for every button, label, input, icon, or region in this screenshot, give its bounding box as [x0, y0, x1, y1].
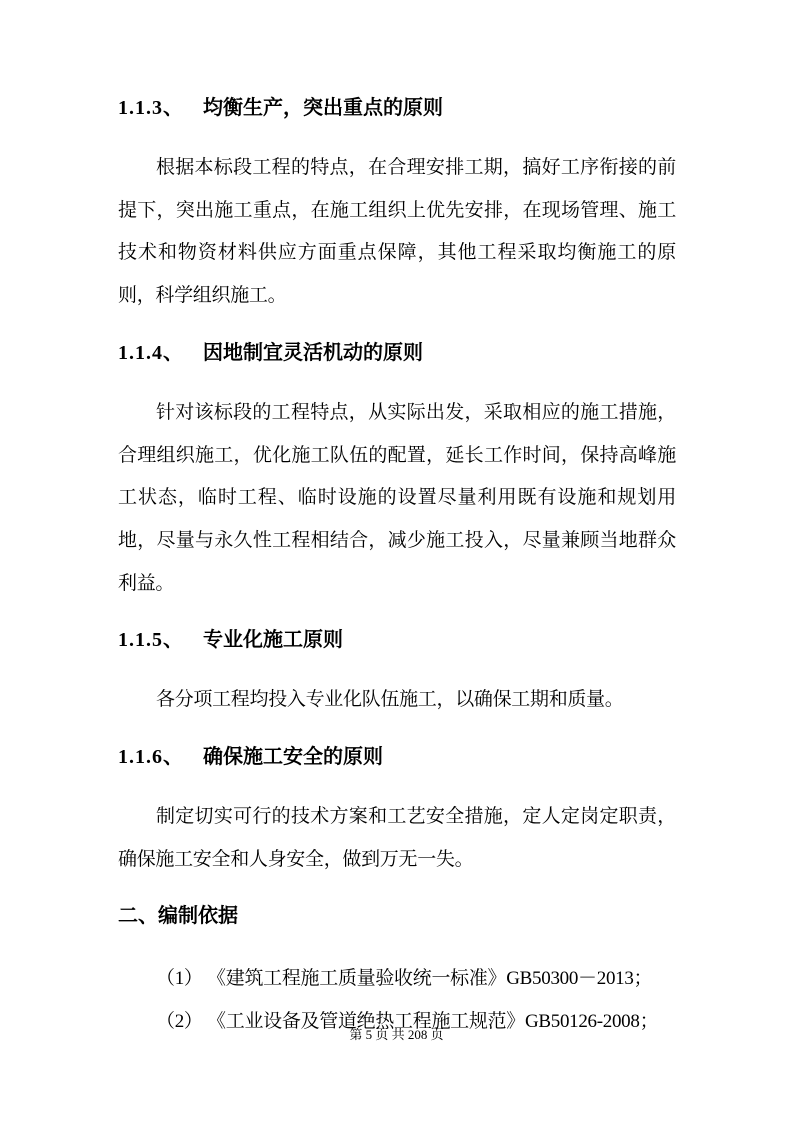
reference-item-1: （1） 《建筑工程施工质量验收统一标准》GB50300－2013； [118, 957, 676, 1000]
section-number: 1.1.4、 [118, 342, 184, 364]
section-heading-1-1-3: 1.1.3、 均衡生产，突出重点的原则 [118, 95, 676, 121]
section-number: 1.1.3、 [118, 97, 184, 119]
document-page: 1.1.3、 均衡生产，突出重点的原则 根据本标段工程的特点，在合理安排工期，搞… [0, 0, 793, 1122]
section-1-1-4: 1.1.4、 因地制宜灵活机动的原则 针对该标段的工程特点，从实际出发，采取相应… [118, 340, 676, 606]
chapter-heading: 二、编制依据 [118, 903, 676, 929]
section-heading-1-1-5: 1.1.5、 专业化施工原则 [118, 627, 676, 653]
section-1-1-3: 1.1.3、 均衡生产，突出重点的原则 根据本标段工程的特点，在合理安排工期，搞… [118, 95, 676, 318]
page-number-text: 第 5 页 共 208 页 [349, 1027, 443, 1042]
section-paragraph: 针对该标段的工程特点，从实际出发，采取相应的施工措施，合理组织施工，优化施工队伍… [118, 392, 676, 606]
section-heading-1-1-4: 1.1.4、 因地制宜灵活机动的原则 [118, 340, 676, 366]
section-number: 1.1.5、 [118, 629, 184, 651]
section-title: 确保施工安全的原则 [203, 746, 383, 768]
section-number: 1.1.6、 [118, 746, 184, 768]
section-paragraph: 制定切实可行的技术方案和工艺安全措施，定人定岗定职责，确保施工安全和人身安全，做… [118, 796, 676, 881]
section-1-1-6: 1.1.6、 确保施工安全的原则 制定切实可行的技术方案和工艺安全措施，定人定岗… [118, 744, 676, 881]
section-title: 因地制宜灵活机动的原则 [203, 342, 423, 364]
section-heading-1-1-6: 1.1.6、 确保施工安全的原则 [118, 744, 676, 770]
section-paragraph: 根据本标段工程的特点，在合理安排工期，搞好工序衔接的前提下，突出施工重点，在施工… [118, 147, 676, 318]
page-footer: 第 5 页 共 208 页 [0, 1026, 793, 1044]
section-title: 均衡生产，突出重点的原则 [203, 97, 443, 119]
section-1-1-5: 1.1.5、 专业化施工原则 各分项工程均投入专业化队伍施工，以确保工期和质量。 [118, 627, 676, 722]
section-paragraph: 各分项工程均投入专业化队伍施工，以确保工期和质量。 [118, 679, 676, 722]
section-title: 专业化施工原则 [203, 629, 343, 651]
